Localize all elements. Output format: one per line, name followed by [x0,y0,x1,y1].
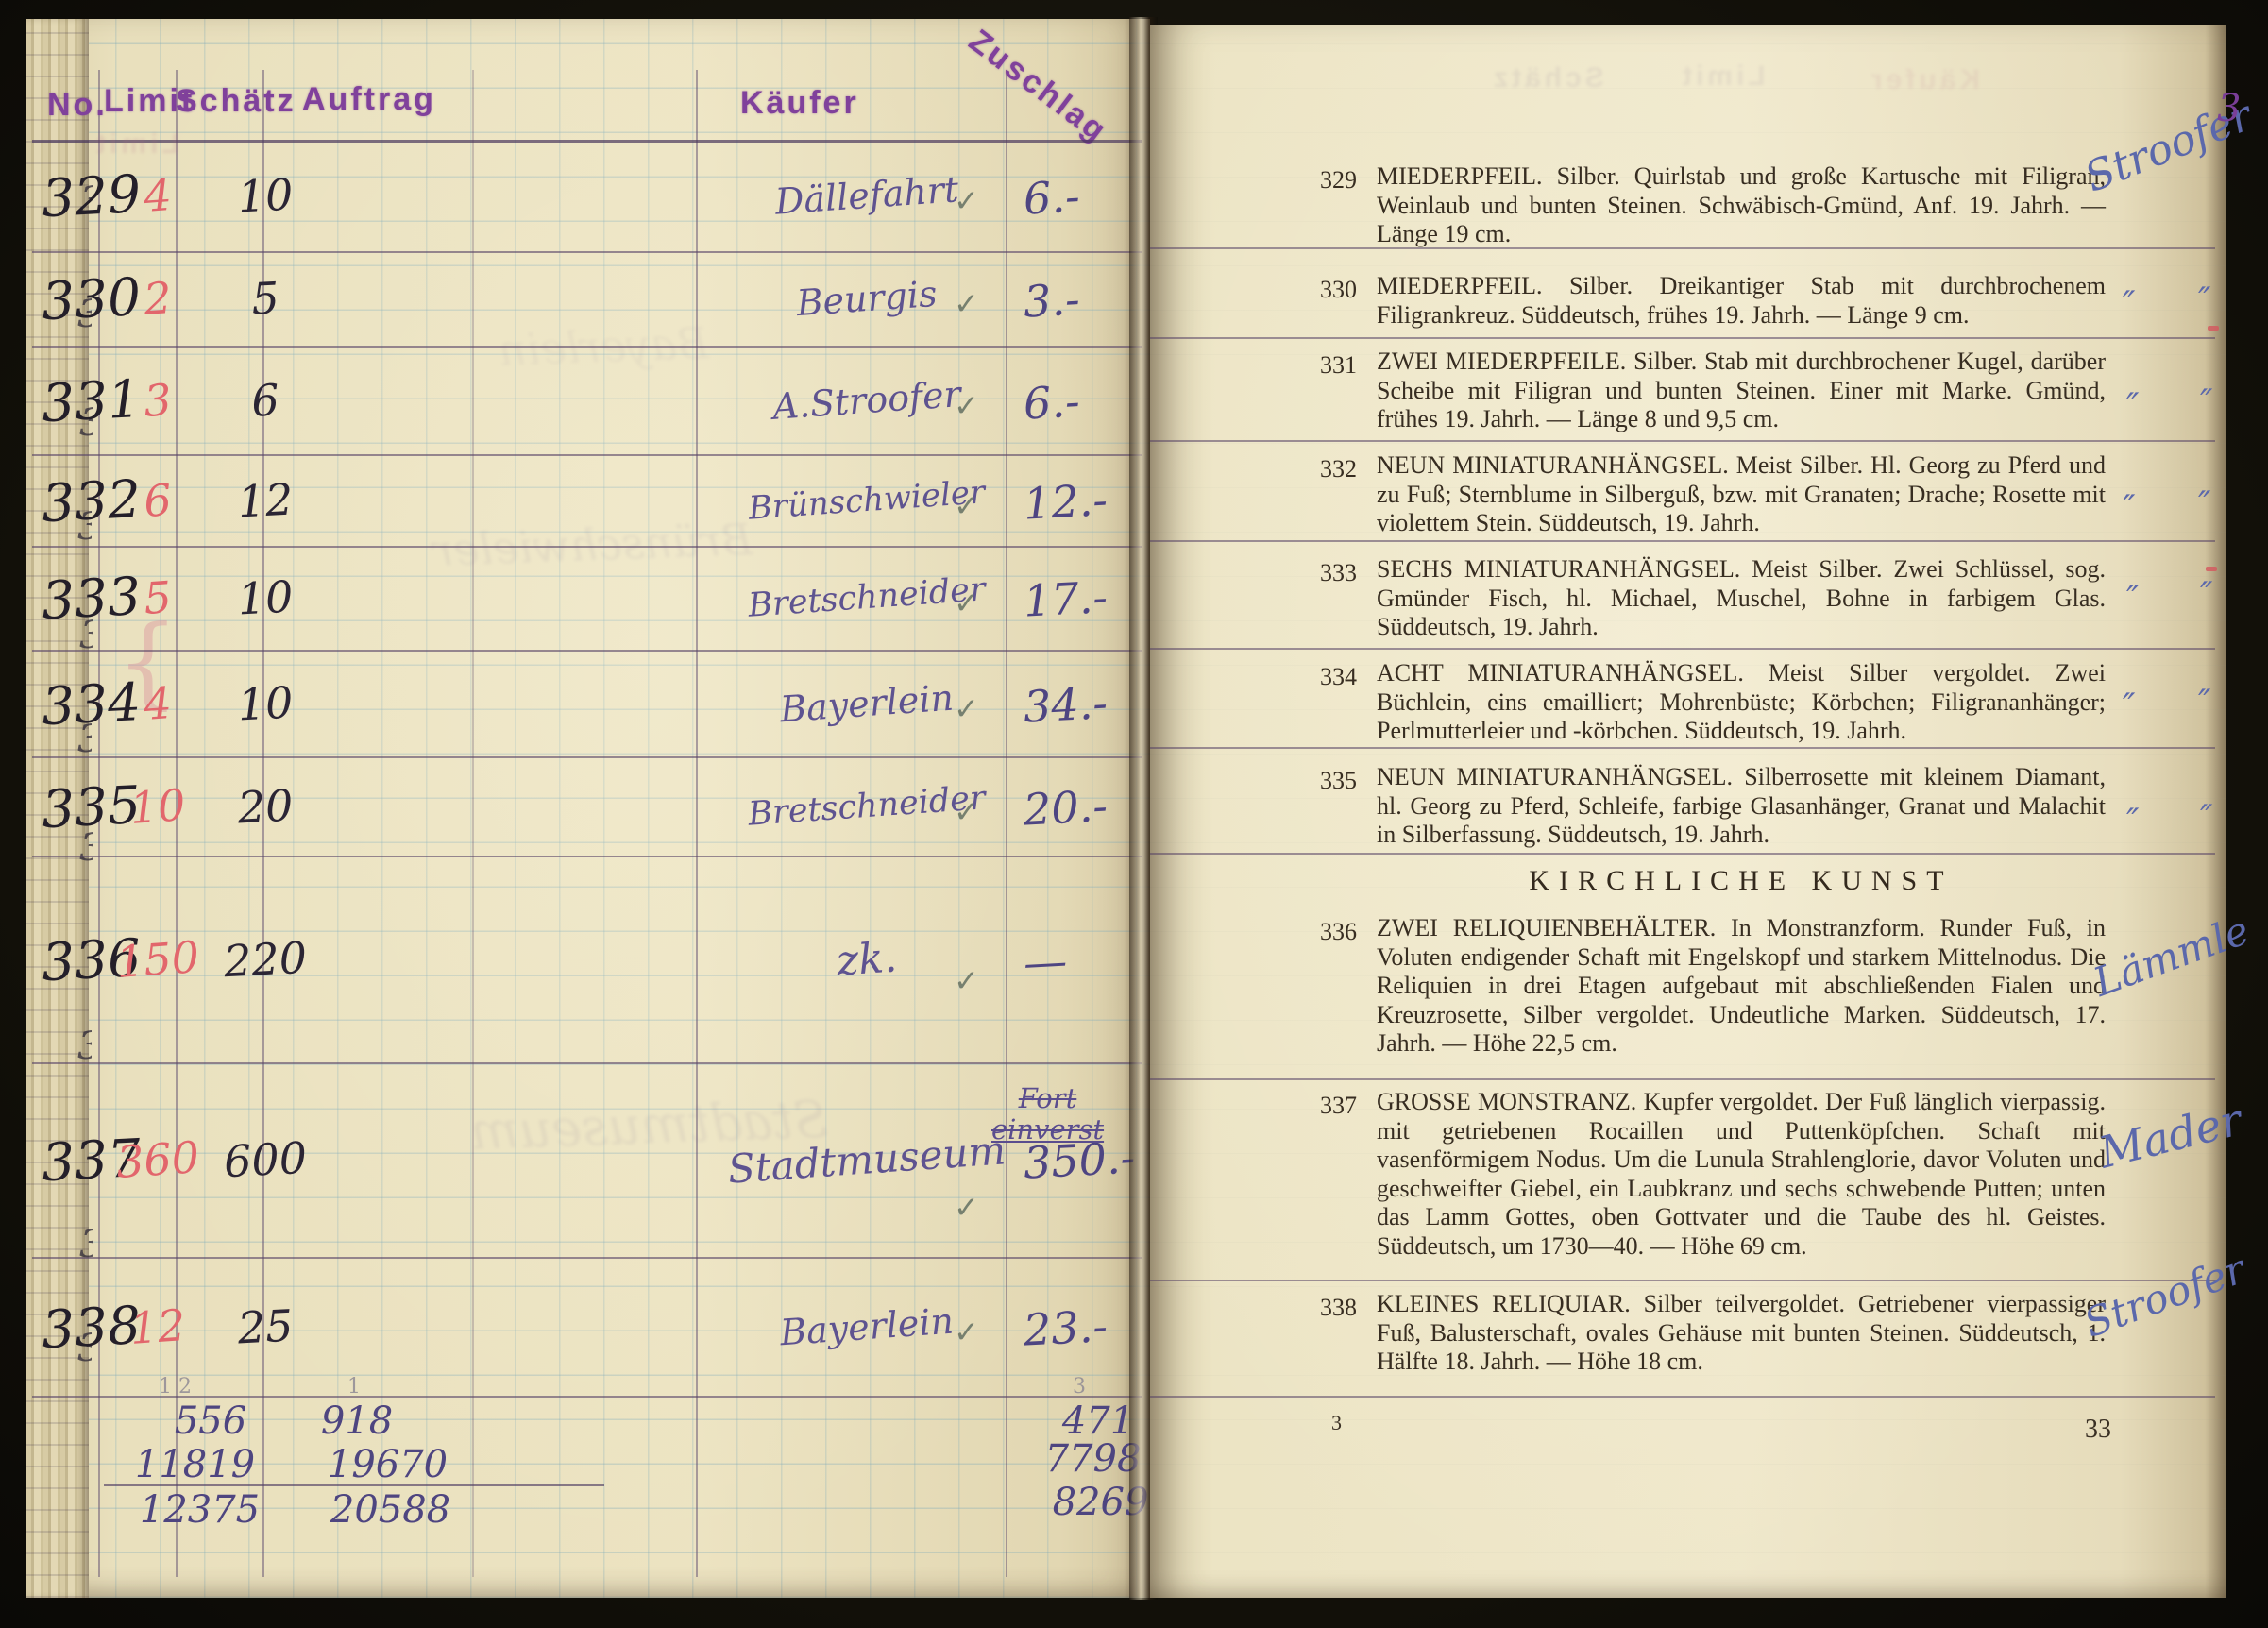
check-mark: ✓ [954,487,979,523]
estimate-carryover: 19670 [300,1443,475,1486]
limit-value: 3 [104,371,211,430]
estimate-value: 6 [203,371,329,429]
auction-ledger-photo: No. Limit Schätz Auftrag Käufer Zuschlag… [0,0,2268,1628]
lot-number: 337 [1320,1092,1357,1120]
catalog-entry-329: 329 MIEDERPFEIL. Silber. Quirlstab und g… [1150,162,2226,249]
lot-description: GROSSE MONSTRANZ. Kupfer vergoldet. Der … [1377,1088,2106,1261]
header-zuschlag: Zuschlag [962,23,1115,150]
header-kaeufer: Käufer [740,85,859,122]
entry-rule [1150,648,2215,650]
catalog-entry-338: 338 KLEINES RELIQUIAR. Silber teilvergol… [1150,1290,2226,1377]
ledger-row-330: 330 2 5 Beurgis ✓ 3.- [26,251,1150,346]
estimate-value: 600 [203,1131,329,1189]
entry-rule [1150,540,2215,542]
lot-number: 331 [1320,351,1357,380]
buyer-name: Dällefahrt [686,162,1047,229]
lot-number: 329 [1320,166,1357,195]
limit-value: 5 [104,568,211,627]
ledger-row-337: 337 360 600 Stadtmuseum ✓ 350.- Fort ein… [26,1062,1150,1257]
entry-rule [1150,247,2215,249]
ledger-row-331: 331 3 6 A.Stroofer ✓ 6.- [26,346,1150,454]
note-struck-word: Fort [991,1083,1104,1114]
carry-mark: 1 2 [159,1375,192,1399]
catalog-entry-335: 335 NEUN MINIATURANHÄNGSEL. Silberrosett… [1150,763,2226,850]
bleed-stamp: Limit [1679,60,1766,93]
limit-value: 10 [104,777,211,836]
lot-description: SECHS MINIATURANHÄNGSEL. Meist Silber. Z… [1377,555,2106,642]
note-word: einverst [991,1114,1104,1145]
estimate-value: 10 [203,167,329,225]
corner-mark: 3 [2217,87,2241,130]
catalog-entry-333: 333 SECHS MINIATURANHÄNGSEL. Meist Silbe… [1150,555,2226,642]
ditto-mark: ″ [2198,281,2210,320]
entry-rule [1150,747,2215,749]
check-mark: ✓ [954,585,979,621]
header-no: No. [47,87,108,124]
ditto-mark: ″ [2200,576,2212,615]
entry-rule [1150,1396,2215,1398]
ledger-row-338: 338 12 25 Bayerlein ✓ 23.- [26,1257,1150,1396]
ditto-mark: ″ [2123,489,2135,528]
margin-note: Fort einverst [991,1083,1104,1145]
limit-value: 2 [104,269,211,328]
buyer-name: zk. [686,923,1048,995]
entry-rule [1150,1078,2215,1080]
limit-value: 360 [104,1130,211,1189]
ledger-row-333: 333 5 10 Bretschneider ✓ 17.- [26,546,1150,650]
total-rule [104,1484,604,1486]
estimate-value: 220 [203,930,329,988]
ditto-mark: ″ [2200,799,2212,838]
limit-value: 12 [104,1297,211,1356]
row-rule [32,1396,1142,1398]
carry-mark: 1 [347,1375,361,1399]
lot-number: 330 [1320,276,1357,304]
entry-rule [1150,337,2215,339]
estimate-value: 12 [203,471,329,529]
lot-description: ACHT MINIATURANHÄNGSEL. Meist Silber ver… [1377,659,2106,746]
catalog-entry-330: 330 MIEDERPFEIL. Silber. Dreikantiger St… [1150,272,2226,330]
buyer-name: Bayerlein [686,670,1047,736]
ditto-mark: ″ [2123,687,2135,726]
entry-rule [1150,1280,2215,1281]
ledger-row-336: 336 150 220 zk. ✓ — [26,856,1150,1062]
lot-description: MIEDERPFEIL. Silber. Dreikantiger Stab m… [1377,272,2106,330]
red-edge-tick [2206,567,2217,571]
limit-total: 12375 [117,1488,282,1532]
lot-number: 338 [1320,1294,1357,1322]
buyer-name: A.Stroofer [686,366,1047,432]
check-mark: ✓ [954,1314,979,1349]
catalog-entry-334: 334 ACHT MINIATURANHÄNGSEL. Meist Silber… [1150,659,2226,746]
ditto-mark: ″ [2200,383,2212,422]
page-number: 33 [2085,1415,2111,1445]
lot-description: MIEDERPFEIL. Silber. Quirlstab und große… [1377,162,2106,249]
estimate-page-sum: 918 [291,1399,423,1443]
bleed-stamp: Käufer [1868,64,1980,96]
check-mark: ✓ [954,963,979,999]
header-auftrag: Auftrag [302,81,436,118]
catalog-page: Schätz Limit Käufer 329 MIEDERPFEIL. Sil… [1150,25,2226,1598]
signature-mark: 3 [1331,1411,1342,1435]
lot-description: NEUN MINIATURANHÄNGSEL. Silberrosette mi… [1377,763,2106,850]
lot-number: 335 [1320,767,1357,795]
lot-number: 332 [1320,455,1357,483]
limit-value: 4 [104,674,211,733]
catalog-entry-336: 336 ZWEI RELIQUIENBEHÄLTER. In Monstranz… [1150,914,2226,1059]
estimate-value: 5 [203,270,329,328]
entry-rule [1150,853,2215,855]
lot-number: 334 [1320,663,1357,691]
limit-page-sum: 556 [149,1399,272,1443]
lot-number: 333 [1320,559,1357,587]
buyer-name: Bretschneider [686,774,1047,837]
lot-description: KLEINES RELIQUIAR. Silber teilvergoldet.… [1377,1290,2106,1377]
estimate-value: 10 [203,569,329,627]
estimate-value: 10 [203,674,329,732]
limit-carryover: 11819 [117,1443,273,1486]
ledger-row-335: 335 10 20 Bretschneider ✓ 20.- [26,756,1150,856]
entry-rule [1150,440,2215,442]
ditto-mark: ″ [2126,803,2139,841]
bleed-stamp: Schätz [1490,62,1604,94]
check-mark: ✓ [954,183,979,219]
ditto-mark: ″ [2126,580,2139,619]
section-heading: KIRCHLICHE KUNST [1377,865,2106,897]
catalog-entry-331: 331 ZWEI MIEDERPFEILE. Silber. Stab mit … [1150,348,2226,434]
lot-description: ZWEI MIEDERPFEILE. Silber. Stab mit durc… [1377,348,2106,434]
limit-value: 4 [104,166,211,225]
lot-number: 336 [1320,918,1357,946]
check-mark: ✓ [954,690,979,726]
ditto-mark: ″ [2198,485,2210,524]
estimate-value: 20 [203,777,329,835]
check-mark: ✓ [954,793,979,829]
estimate-value: 25 [203,1297,329,1355]
catalog-entry-337: 337 GROSSE MONSTRANZ. Kupfer vergoldet. … [1150,1088,2226,1261]
estimate-total: 20588 [298,1488,482,1532]
ditto-mark: ″ [2198,684,2210,722]
limit-value: 150 [104,930,211,989]
ditto-mark: ″ [2126,387,2139,426]
ditto-mark: ″ [2123,285,2135,324]
check-mark: ✓ [954,286,979,322]
ledger-row-329: 329 4 10 Dällefahrt ✓ 6.- [26,140,1150,251]
limit-value: 6 [104,471,211,530]
ledger-row-332: 332 6 12 Brünschwieler ✓ 12.- [26,454,1150,546]
ledger-page: No. Limit Schätz Auftrag Käufer Zuschlag… [26,19,1150,1598]
catalog-entry-332: 332 NEUN MINIATURANHÄNGSEL. Meist Silber… [1150,451,2226,538]
check-mark: ✓ [954,387,979,423]
buyer-name: Beurgis [686,265,1047,331]
buyer-name: Bayerlein [686,1293,1047,1359]
buyer-name: Bretschneider [686,567,1047,629]
check-mark: ✓ [954,1190,979,1226]
ledger-row-334: 334 4 10 Bayerlein ✓ 34.- [26,650,1150,756]
buyer-name: Brünschwieler [686,468,1047,531]
red-edge-tick [2208,326,2219,331]
lot-description: NEUN MINIATURANHÄNGSEL. Meist Silber. Hl… [1377,451,2106,538]
header-schaetz: Schätz [176,83,296,120]
lot-description: ZWEI RELIQUIENBEHÄLTER. In Monstranzform… [1377,914,2106,1059]
carry-mark: 3 [1073,1375,1086,1399]
